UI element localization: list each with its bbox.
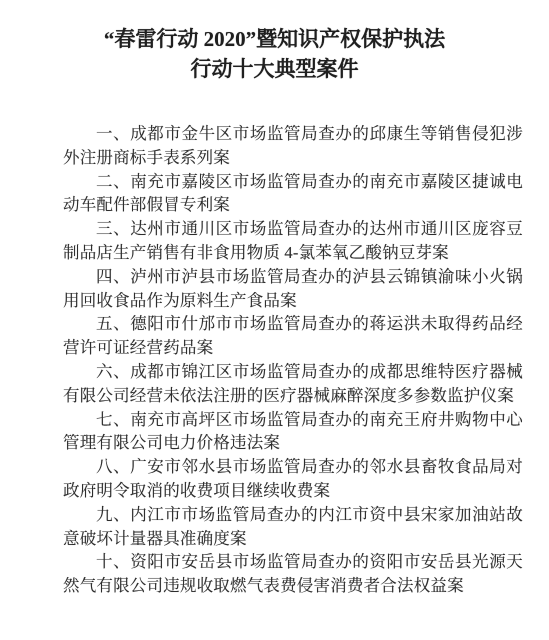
case-item-4: 四、泸州市泸县市场监管局查办的泸县云锦镇渝味小火锅用回收食品作为原料生产食品案 bbox=[63, 265, 523, 313]
title-line-1: “春雷行动 2020”暨知识产权保护执法 bbox=[40, 24, 509, 54]
case-item-2: 二、南充市嘉陵区市场监管局查办的南充市嘉陵区捷诚电动车配件部假冒专利案 bbox=[63, 170, 523, 218]
case-item-7: 七、南充市高坪区市场监管局查办的南充王府井购物中心管理有限公司电力价格违法案 bbox=[63, 408, 523, 456]
case-item-9: 九、内江市市场监管局查办的内江市资中县宋家加油站故意破坏计量器具准确度案 bbox=[63, 503, 523, 551]
case-item-3: 三、达州市通川区市场监管局查办的达州市通川区庞容豆制品店生产销售有非食用物质 4… bbox=[63, 217, 523, 265]
document-title: “春雷行动 2020”暨知识产权保护执法 行动十大典型案件 bbox=[0, 0, 549, 84]
case-item-1: 一、成都市金牛区市场监管局查办的邱康生等销售侵犯涉外注册商标手表系列案 bbox=[63, 122, 523, 170]
case-item-5: 五、德阳市什邡市市场监管局查办的蒋运洪未取得药品经营许可证经营药品案 bbox=[63, 312, 523, 360]
case-item-8: 八、广安市邻水县市场监管局查办的邻水县畜牧食品局对政府明令取消的收费项目继续收费… bbox=[63, 455, 523, 503]
case-item-6: 六、成都市锦江区市场监管局查办的成都思维特医疗器械有限公司经营未依法注册的医疗器… bbox=[63, 360, 523, 408]
case-item-10: 十、资阳市安岳县市场监管局查办的资阳市安岳县光源天然气有限公司违规收取燃气表费侵… bbox=[63, 550, 523, 598]
title-line-2: 行动十大典型案件 bbox=[40, 54, 509, 84]
document-page: “春雷行动 2020”暨知识产权保护执法 行动十大典型案件 一、成都市金牛区市场… bbox=[0, 0, 549, 640]
case-list: 一、成都市金牛区市场监管局查办的邱康生等销售侵犯涉外注册商标手表系列案 二、南充… bbox=[63, 122, 523, 598]
